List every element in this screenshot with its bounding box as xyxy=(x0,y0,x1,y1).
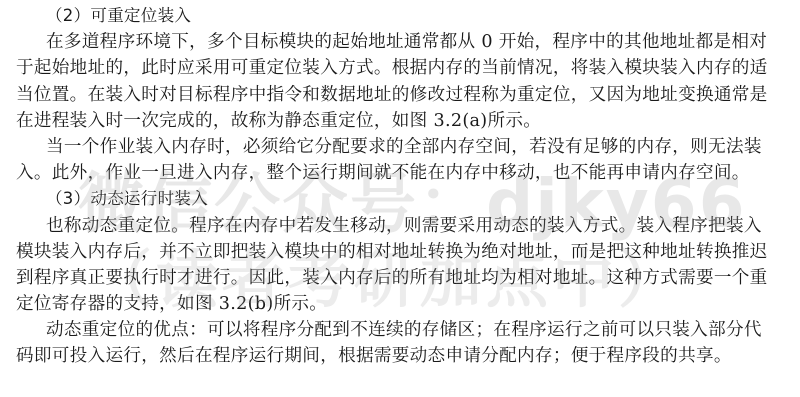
text-line: 定位寄存器的支持，如图 3.2(b)所示。 xyxy=(16,291,792,317)
document-page: （2）可重定位装入 在多道程序环境下，多个目标模块的起始地址通常都从 0 开始，… xyxy=(16,3,792,370)
text-line: 到程序真正要执行时才进行。因此，装入内存后的所有地址均为相对地址。这种方式需要一… xyxy=(16,265,792,291)
text-line: 在进程装入时一次完成的，故称为静态重定位，如图 3.2(a)所示。 xyxy=(16,108,792,134)
paragraph-dynamic-loading-2: 动态重定位的优点：可以将程序分配到不连续的存储区；在程序运行之前可以只装入部分代… xyxy=(16,317,792,369)
text-line: 动态重定位的优点：可以将程序分配到不连续的存储区；在程序运行之前可以只装入部分代 xyxy=(16,317,792,343)
text-line: 入。此外，作业一旦进入内存，整个运行期间就不能在内存中移动，也不能再申请内存空间… xyxy=(16,160,792,186)
paragraph-dynamic-loading-1: 也称动态重定位。程序在内存中若发生移动，则需要采用动态的装入方式。装入程序把装入… xyxy=(16,213,792,318)
text-line: 于起始地址的，此时应采用可重定位装入方式。根据内存的当前情况，将装入模块装入内存… xyxy=(16,55,792,81)
text-line: 当一个作业装入内存时，必须给它分配要求的全部内存空间，若没有足够的内存，则无法装 xyxy=(16,134,792,160)
text-line: 码即可投入运行，然后在程序运行期间，根据需要动态申请分配内存；便于程序段的共享。 xyxy=(16,343,792,369)
text-line: 当位置。在装入时对目标程序中指令和数据地址的修改过程称为重定位，又因为地址变换通… xyxy=(16,82,792,108)
section-heading-relocatable-loading: （2）可重定位装入 xyxy=(16,3,792,29)
text-line: 在多道程序环境下，多个目标模块的起始地址通常都从 0 开始，程序中的其他地址都是… xyxy=(16,29,792,55)
section-heading-dynamic-runtime-loading: （3）动态运行时装入 xyxy=(16,186,792,212)
text-line: 模块装入内存后，并不立即把装入模块中的相对地址转换为绝对地址，而是把这种地址转换… xyxy=(16,239,792,265)
text-line: 也称动态重定位。程序在内存中若发生移动，则需要采用动态的装入方式。装入程序把装入 xyxy=(16,213,792,239)
paragraph-relocatable-loading-2: 当一个作业装入内存时，必须给它分配要求的全部内存空间，若没有足够的内存，则无法装… xyxy=(16,134,792,186)
paragraph-relocatable-loading-1: 在多道程序环境下，多个目标模块的起始地址通常都从 0 开始，程序中的其他地址都是… xyxy=(16,29,792,134)
